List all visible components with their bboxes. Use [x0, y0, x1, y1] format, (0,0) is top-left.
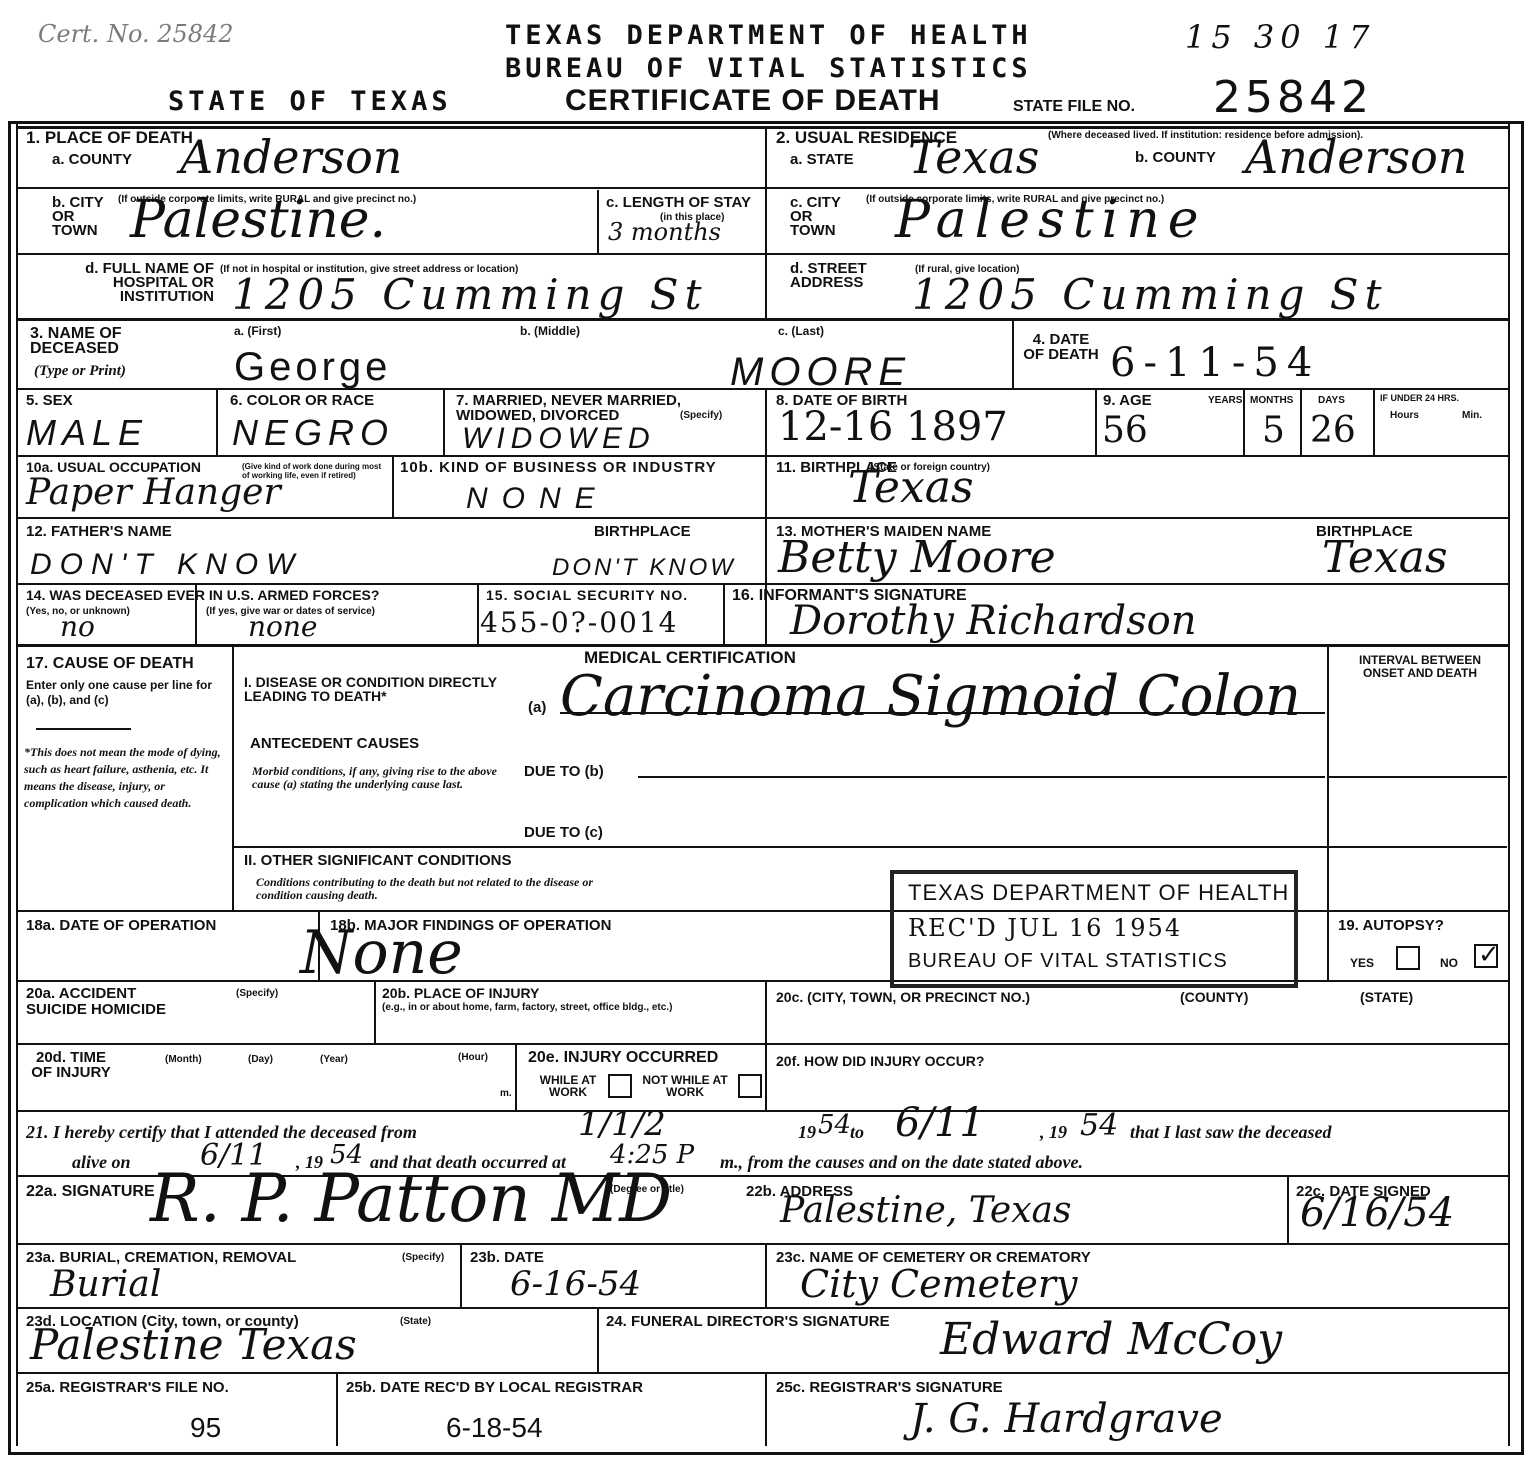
note-divider: [36, 728, 131, 730]
divider: [723, 585, 725, 644]
age-label: 9. AGE: [1103, 393, 1152, 408]
race-value: NEGRO: [232, 412, 394, 454]
stamp-line-1: TEXAS DEPARTMENT OF HEALTH: [908, 880, 1289, 906]
residence-city-label: c. CITY OR TOWN: [790, 196, 850, 238]
divider: [597, 1309, 599, 1372]
residence-street-value: 1205 Cumming St: [912, 270, 1387, 319]
divider: [443, 390, 445, 455]
interval-rule: [1327, 846, 1507, 848]
date-of-birth-value: 12-16 1897: [778, 404, 1008, 450]
first-name-value: George: [234, 345, 391, 390]
race-label: 6. COLOR OR RACE: [230, 393, 374, 408]
armed-forces-label: 14. WAS DECEASED EVER IN U.S. ARMED FORC…: [26, 588, 379, 603]
attended-to-date: 6/11: [895, 1100, 985, 1146]
while-at-work-checkbox[interactable]: [608, 1074, 632, 1098]
injury-city-label: 20c. (CITY, TOWN, OR PRECINCT NO.): [776, 990, 1030, 1005]
rule: [16, 1243, 1508, 1245]
to-label: to: [850, 1122, 864, 1143]
line-a-label: (a): [528, 700, 546, 715]
armed-forces-value: no: [60, 610, 95, 643]
birthplace-value: Texas: [848, 462, 974, 513]
sex-value: MALE: [26, 412, 148, 454]
injury-how-label: 20f. HOW DID INJURY OCCUR?: [776, 1054, 984, 1069]
rule: [16, 1307, 1508, 1309]
deceased-name-label: 3. NAME OF DECEASED: [30, 326, 180, 356]
registrar-file-no-label: 25a. REGISTRAR'S FILE NO.: [26, 1380, 229, 1395]
injury-occurred-label: 20e. INJURY OCCURRED: [528, 1050, 718, 1065]
divider: [216, 390, 218, 455]
war-service-value: none: [248, 610, 318, 643]
hospital-value: 1205 Cumming St: [232, 270, 707, 319]
divider: [597, 190, 599, 253]
length-of-stay-label: c. LENGTH OF STAY: [606, 196, 756, 210]
father-birthplace-value: DON'T KNOW: [552, 554, 736, 582]
injury-county-label: (COUNTY): [1180, 990, 1248, 1005]
registrar-file-no-value: 95: [190, 1412, 221, 1444]
cause-a-value: Carcinoma Sigmoid Colon: [560, 664, 1301, 729]
cemetery-value: City Cemetery: [800, 1262, 1078, 1306]
rule: [16, 455, 1508, 457]
physician-signature: R. P. Patton MD: [150, 1160, 672, 1237]
divider: [765, 126, 767, 318]
physician-signature-label: 22a. SIGNATURE: [26, 1184, 155, 1199]
date-signed-value: 6/16/54: [1300, 1190, 1454, 1236]
state-file-number: 25842: [1213, 72, 1373, 123]
residence-county-value: Anderson: [1245, 130, 1467, 184]
injury-place-note: (e.g., in or about home, farm, factory, …: [382, 1002, 722, 1013]
cause-footnote: *This does not mean the mode of dying, s…: [24, 744, 224, 812]
part1-label: I. DISEASE OR CONDITION DIRECTLY LEADING…: [244, 675, 544, 703]
length-of-stay-value: 3 months: [608, 218, 721, 246]
stamp-line-2: REC'D JUL 16 1954: [908, 914, 1182, 942]
injury-time-label: 20d. TIME OF INJURY: [26, 1050, 116, 1080]
rule: [16, 253, 1508, 255]
attended-from-year: 54: [818, 1110, 851, 1140]
age-years-value: 56: [1102, 410, 1148, 451]
funeral-director-label: 24. FUNERAL DIRECTOR'S SIGNATURE: [606, 1314, 890, 1329]
last-name-value: MOORE: [730, 350, 911, 395]
sex-label: 5. SEX: [26, 393, 73, 408]
divider: [392, 457, 394, 517]
interval-label: INTERVAL BETWEEN ONSET AND DEATH: [1340, 654, 1500, 680]
date-of-death-value: 6-11-54: [1110, 340, 1320, 386]
certification-text-4: m., from the causes and on the date stat…: [720, 1152, 1083, 1173]
hours-label: Hours: [1390, 410, 1419, 421]
injury-state-label: (STATE): [1360, 990, 1413, 1005]
death-county-label: a. COUNTY: [52, 152, 132, 167]
disposition-method-note: (Specify): [402, 1252, 444, 1263]
not-while-at-work-label: NOT WHILE AT WORK: [640, 1074, 730, 1098]
divider: [1373, 390, 1375, 455]
rule: [16, 126, 1508, 129]
divider: [1243, 390, 1245, 455]
antecedent-causes-note: Morbid conditions, if any, giving rise t…: [252, 765, 522, 791]
minutes-label: Min.: [1462, 410, 1482, 421]
due-to-b-field[interactable]: [638, 776, 1325, 778]
residence-city-value: Palestine: [895, 190, 1207, 250]
handwritten-annotation-right: 15 30 17: [1185, 18, 1376, 56]
death-city-label: b. CITY OR TOWN: [52, 196, 112, 238]
death-county-value: Anderson: [180, 130, 402, 184]
age-days-value: 26: [1310, 410, 1356, 451]
due-to-c-label: DUE TO (c): [524, 825, 603, 840]
business-value: NONE: [466, 482, 609, 516]
divider: [477, 585, 479, 644]
date-received-label: 25b. DATE REC'D BY LOCAL REGISTRAR: [346, 1380, 643, 1395]
injury-month-label: (Month): [165, 1054, 202, 1065]
residence-state-value: Texas: [908, 130, 1039, 184]
rule: [16, 1372, 1508, 1374]
middle-name-label: b. (Middle): [520, 326, 580, 337]
not-while-at-work-checkbox[interactable]: [738, 1074, 762, 1098]
year-prefix-1: 19: [798, 1122, 816, 1143]
age-months-label: MONTHS: [1250, 395, 1293, 406]
autopsy-no-checkbox[interactable]: ✓: [1474, 944, 1498, 968]
document-title: CERTIFICATE OF DEATH: [565, 84, 941, 118]
interval-rule: [1327, 776, 1507, 778]
operation-findings-value: None: [300, 918, 463, 988]
divider: [515, 1045, 517, 1110]
business-label: 10b. KIND OF BUSINESS OR INDUSTRY: [400, 460, 717, 475]
divider: [1300, 390, 1302, 455]
location-value: Palestine Texas: [30, 1320, 357, 1369]
divider: [765, 1374, 767, 1446]
residence-street-label: d. STREET ADDRESS: [790, 262, 870, 290]
ssn-value: 455-0?-0014: [480, 606, 678, 639]
operation-date-label: 18a. DATE OF OPERATION: [26, 918, 216, 933]
rule: [16, 644, 1508, 647]
marital-status-value: WIDOWED: [462, 422, 656, 456]
death-city-value: Palestine.: [130, 190, 386, 250]
rule: [16, 187, 1508, 189]
frame-inner-left: [16, 124, 18, 1446]
due-to-b-label: DUE TO (b): [524, 764, 604, 779]
divider: [1287, 1177, 1289, 1243]
informant-signature: Dorothy Richardson: [790, 598, 1197, 644]
funeral-director-signature: Edward McCoy: [940, 1314, 1282, 1365]
divider: [1012, 320, 1014, 388]
autopsy-yes-label: YES: [1350, 958, 1374, 969]
age-days-label: DAYS: [1318, 395, 1345, 406]
ssn-label: 15. SOCIAL SECURITY NO.: [486, 588, 688, 603]
father-name-label: 12. FATHER'S NAME: [26, 524, 172, 539]
agency-name: TEXAS DEPARTMENT OF HEALTH: [505, 20, 1032, 51]
divider: [765, 982, 767, 1110]
injury-type-label: 20a. ACCIDENT SUICIDE HOMICIDE: [26, 986, 176, 1018]
disposition-date-label: 23b. DATE: [470, 1250, 544, 1265]
disposition-method-value: Burial: [50, 1264, 161, 1305]
stamp-line-3: BUREAU OF VITAL STATISTICS: [908, 950, 1228, 973]
state-file-label: STATE FILE NO.: [1013, 98, 1135, 116]
injury-type-note: (Specify): [236, 988, 278, 999]
due-to-c-field[interactable]: [232, 846, 1327, 848]
deceased-name-note: (Type or Print): [34, 364, 126, 379]
handwritten-annotation-left: Cert. No. 25842: [38, 20, 234, 48]
divider: [1327, 646, 1329, 980]
residence-state-label: a. STATE: [790, 152, 854, 167]
injury-hour-label: (Hour): [458, 1052, 488, 1063]
age-years-label: YEARS: [1208, 395, 1242, 406]
autopsy-yes-checkbox[interactable]: [1396, 946, 1420, 970]
age-months-value: 5: [1262, 410, 1285, 451]
autopsy-no-label: NO: [1440, 958, 1458, 969]
disposition-method-label: 23a. BURIAL, CREMATION, REMOVAL: [26, 1250, 296, 1265]
check-mark-icon: ✓: [1478, 940, 1500, 970]
registrar-signature: J. G. Hardgrave: [910, 1396, 1223, 1442]
while-at-work-label: WHILE AT WORK: [528, 1074, 608, 1098]
divider: [374, 982, 376, 1043]
antecedent-causes-label: ANTECEDENT CAUSES: [250, 736, 419, 751]
rule: [16, 1043, 1508, 1045]
divider: [1095, 390, 1097, 455]
alive-on-label: alive on: [72, 1152, 131, 1173]
year-prefix-2: , 19: [1040, 1122, 1067, 1143]
disposition-date-value: 6-16-54: [510, 1264, 641, 1304]
injury-day-label: (Day): [248, 1054, 273, 1065]
marital-status-note: (Specify): [680, 410, 722, 421]
under-24-hours-label: IF UNDER 24 HRS.: [1380, 393, 1459, 404]
divider: [460, 1245, 462, 1307]
rule: [16, 1110, 1508, 1112]
autopsy-label: 19. AUTOPSY?: [1338, 918, 1444, 933]
registrar-signature-label: 25c. REGISTRAR'S SIGNATURE: [776, 1380, 1003, 1395]
other-conditions-label: II. OTHER SIGNIFICANT CONDITIONS: [244, 853, 512, 868]
date-received-value: 6-18-54: [446, 1412, 543, 1444]
divider: [765, 1245, 767, 1307]
state-heading: STATE OF TEXAS: [168, 86, 452, 117]
mother-name-value: Betty Moore: [778, 532, 1056, 583]
frame-inner-right: [1508, 124, 1510, 1446]
date-of-death-label: 4. DATE OF DEATH: [1022, 332, 1100, 362]
divider: [336, 1374, 338, 1446]
bureau-name: BUREAU OF VITAL STATISTICS: [505, 53, 1032, 84]
other-conditions-note: Conditions contributing to the death but…: [256, 876, 636, 902]
rule: [16, 517, 1508, 519]
injury-m-label: m.: [500, 1088, 512, 1099]
mother-birthplace-value: Texas: [1322, 532, 1448, 583]
father-name-value: DON'T KNOW: [30, 548, 302, 582]
place-of-death-label: 1. PLACE OF DEATH: [26, 130, 193, 145]
location-state-label: (State): [400, 1316, 431, 1327]
physician-address-value: Palestine, Texas: [780, 1190, 1071, 1231]
father-birthplace-label: BIRTHPLACE: [594, 524, 691, 539]
first-name-label: a. (First): [234, 326, 281, 337]
certification-text-2: that I last saw the deceased: [1130, 1122, 1332, 1143]
injury-year-label: (Year): [320, 1054, 348, 1065]
divider: [232, 646, 234, 910]
cause-of-death-label: 17. CAUSE OF DEATH: [26, 656, 194, 671]
divider: [765, 390, 767, 644]
attended-to-year: 54: [1080, 1108, 1118, 1143]
received-stamp: TEXAS DEPARTMENT OF HEALTH REC'D JUL 16 …: [890, 870, 1298, 988]
cause-of-death-note: Enter only one cause per line for (a), (…: [26, 678, 226, 708]
rule: [16, 583, 1508, 585]
medical-certification-label: MEDICAL CERTIFICATION: [584, 650, 796, 665]
injury-place-label: 20b. PLACE OF INJURY: [382, 986, 539, 1001]
attended-from-date: 1/1/2: [578, 1104, 666, 1144]
last-name-label: c. (Last): [778, 326, 824, 337]
residence-county-label: b. COUNTY: [1135, 150, 1216, 165]
hospital-label: d. FULL NAME OF HOSPITAL OR INSTITUTION: [74, 262, 214, 304]
occupation-value: Paper Hanger: [26, 472, 281, 513]
